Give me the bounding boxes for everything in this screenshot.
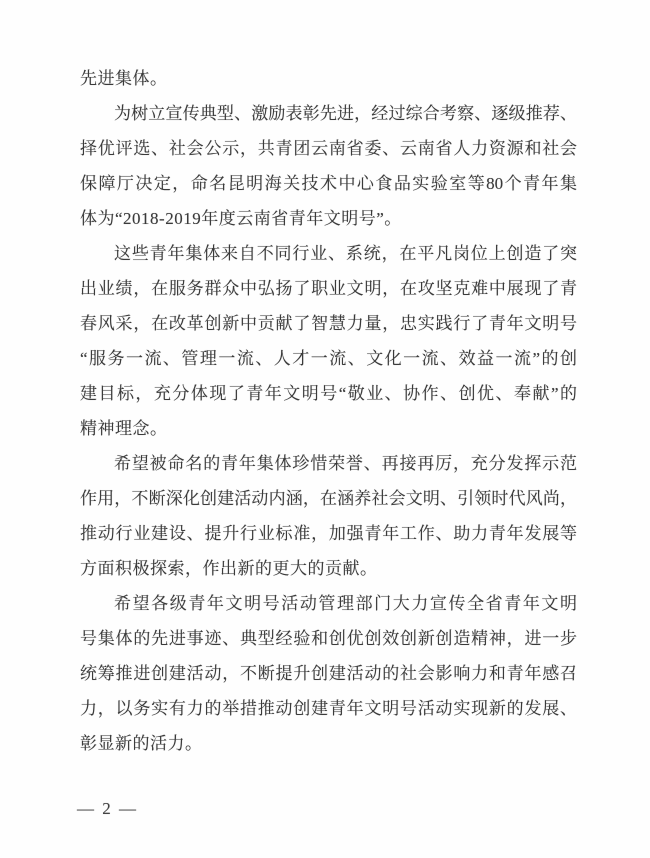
text-line: 号集体的先进事迹、典型经验和创优创效创新创造精神，进一步 <box>80 621 577 656</box>
text-line: 这些青年集体来自不同行业、系统，在平凡岗位上创造了突 <box>80 236 577 271</box>
text-line: 择优评选、社会公示，共青团云南省委、云南省人力资源和社会 <box>80 131 577 166</box>
text-line: “服务一流、管理一流、人才一流、文化一流、效益一流”的创 <box>80 341 577 376</box>
text-column: 先进集体。 为树立宣传典型、激励表彰先进，经过综合考察、逐级推荐、 择优评选、社… <box>80 61 577 761</box>
page-number: — 2 — <box>77 797 138 821</box>
text-line: 希望被命名的青年集体珍惜荣誉、再接再厉，充分发挥示范 <box>80 446 577 481</box>
text-line: 彰显新的活力。 <box>80 726 577 761</box>
text-line: 希望各级青年文明号活动管理部门大力宣传全省青年文明 <box>80 586 577 621</box>
text-line: 出业绩，在服务群众中弘扬了职业文明，在攻坚克难中展现了青 <box>80 271 577 306</box>
text-line: 推动行业建设、提升行业标准，加强青年工作、助力青年发展等 <box>80 516 577 551</box>
text-line: 方面积极探索，作出新的更大的贡献。 <box>80 551 577 586</box>
text-line: 保障厅决定，命名昆明海关技术中心食品实验室等80个青年集 <box>80 166 577 201</box>
text-line: 精神理念。 <box>80 411 577 446</box>
text-line: 体为“2018-2019年度云南省青年文明号”。 <box>80 201 577 236</box>
text-line: 统筹推进创建活动，不断提升创建活动的社会影响力和青年感召 <box>80 656 577 691</box>
text-line: 为树立宣传典型、激励表彰先进，经过综合考察、逐级推荐、 <box>80 96 577 131</box>
document-page: 先进集体。 为树立宣传典型、激励表彰先进，经过综合考察、逐级推荐、 择优评选、社… <box>0 0 650 858</box>
text-line: 建目标，充分体现了青年文明号“敬业、协作、创优、奉献”的 <box>80 376 577 411</box>
text-line: 春风采，在改革创新中贡献了智慧力量，忠实践行了青年文明号 <box>80 306 577 341</box>
text-line: 力，以务实有力的举措推动创建青年文明号活动实现新的发展、 <box>80 691 577 726</box>
text-line: 先进集体。 <box>80 61 577 96</box>
text-line: 作用，不断深化创建活动内涵，在涵养社会文明、引领时代风尚， <box>80 481 577 516</box>
